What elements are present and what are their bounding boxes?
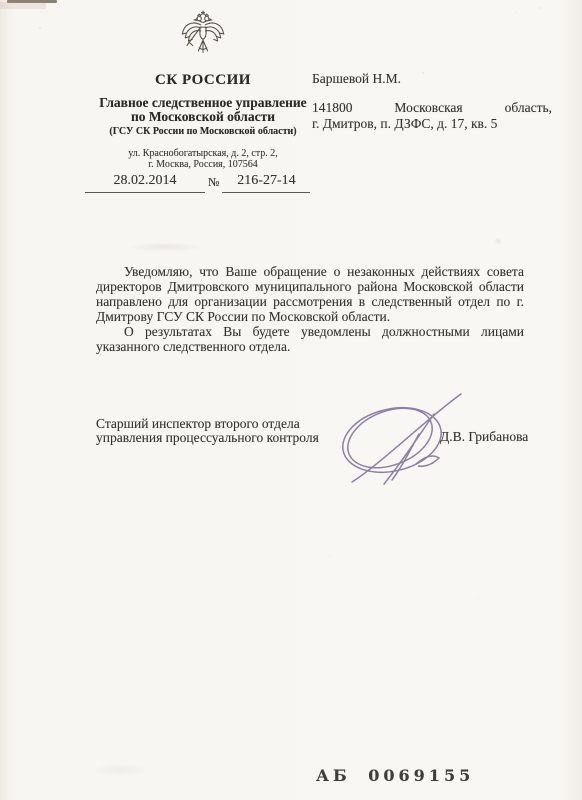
letter-date: 28.02.2014	[85, 173, 205, 193]
recipient-address-line2: г. Дмитров, п. ДЗФС, д. 17, кв. 5	[312, 116, 552, 132]
letterhead: СК РОССИИ Главное следственное управлени…	[66, 8, 340, 170]
scan-edge-tint	[0, 2, 46, 9]
body-paragraph-2: О результатах Вы будете уведомлены должн…	[96, 324, 524, 354]
recipient-address-line1: 141800 Московская область,	[312, 100, 552, 116]
signer-name: Д.В. Грибанова	[440, 429, 528, 445]
form-serial-number: АБ 0069155	[316, 766, 474, 785]
outgoing-number: 216-27-14	[222, 173, 310, 193]
letterhead-address-line1: ул. Краснобогатырская, д. 2, стр. 2,	[66, 148, 340, 159]
dept-abbr: (ГСУ СК России по Московской области)	[66, 126, 340, 137]
paper-background: СК РОССИИ Главное следственное управлени…	[0, 0, 582, 800]
org-name: СК РОССИИ	[66, 72, 340, 89]
recipient-region-word: область,	[505, 100, 552, 116]
number-sign: №	[205, 175, 222, 193]
recipient-postcode: 141800	[312, 100, 353, 116]
recipient-block: Баршевой Н.М. 141800 Московская область,…	[312, 71, 552, 132]
letter-body: Уведомляю, что Ваше обращение о незаконн…	[96, 264, 524, 354]
signer-role-line2: управления процессуального контроля	[96, 431, 319, 445]
signer-role: Старший инспектор второго отдела управле…	[96, 417, 319, 444]
double-headed-eagle-icon	[180, 8, 226, 60]
signer-role-line1: Старший инспектор второго отдела	[96, 417, 319, 431]
scanned-letter-page: СК РОССИИ Главное следственное управлени…	[0, 0, 582, 800]
recipient-region: Московская	[394, 100, 462, 116]
recipient-name: Баршевой Н.М.	[312, 71, 552, 87]
dept-line2: по Московской области	[66, 110, 340, 124]
date-number-line: 28.02.2014 № 216-27-14	[85, 173, 310, 193]
dept-line1: Главное следственное управление	[66, 96, 340, 110]
body-paragraph-1: Уведомляю, что Ваше обращение о незаконн…	[96, 264, 524, 324]
letterhead-address-line2: г. Москва, Россия, 107564	[66, 159, 340, 170]
